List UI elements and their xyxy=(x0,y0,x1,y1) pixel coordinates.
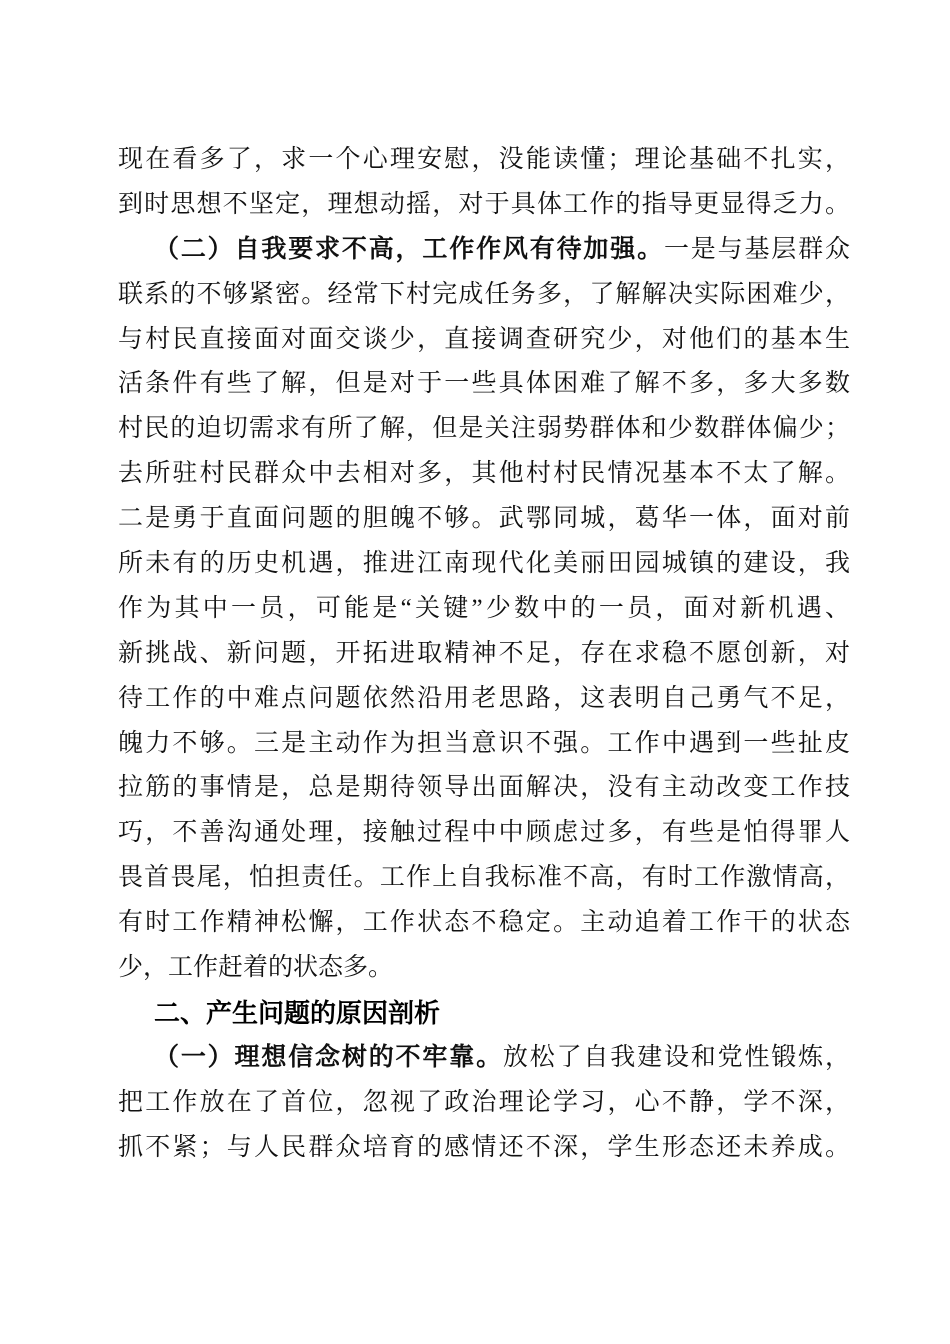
text-segment: 畏首畏尾，怕担责任。工作上自我标准不高，有时工作激情高， xyxy=(118,864,850,891)
text-line: 村民的迫切需求有所了解，但是关注弱势群体和少数群体偏少； xyxy=(118,407,850,452)
bold-lead-in-text: （二）自我要求不高，工作作风有待加强。 xyxy=(154,236,664,263)
text-segment: 二是勇于直面问题的胆魄不够。武鄂同城，葛华一体，面对前 xyxy=(118,505,850,532)
text-segment: 拉筋的事情是，总是期待领导出面解决，没有主动改变工作技 xyxy=(118,774,850,801)
text-segment: 活条件有些了解，但是对于一些具体困难了解不多，多大多数 xyxy=(118,370,850,397)
text-line: 去所驻村民群众中去相对多，其他村村民情况基本不太了解。 xyxy=(118,452,850,497)
text-line: 到时思想不坚定，理想动摇，对于具体工作的指导更显得乏力。 xyxy=(118,183,850,228)
text-line: 新挑战、新问题，开拓进取精神不足，存在求稳不愿创新，对 xyxy=(118,632,850,677)
text-segment: 到时思想不坚定，理想动摇，对于具体工作的指导更显得乏力。 xyxy=(118,191,850,218)
text-line: 把工作放在了首位，忽视了政治理论学习，心不静，学不深， xyxy=(118,1081,850,1126)
text-segment: 待工作的中难点问题依然沿用老思路，这表明自己勇气不足， xyxy=(118,685,850,712)
text-line: 联系的不够紧密。经常下村完成任务多，了解解决实际困难少， xyxy=(118,273,850,318)
text-line: 与村民直接面对面交谈少，直接调查研究少，对他们的基本生 xyxy=(118,318,850,363)
text-segment: 抓不紧；与人民群众培育的感情还不深，学生形态还未养成。 xyxy=(118,1134,850,1161)
text-line: 二是勇于直面问题的胆魄不够。武鄂同城，葛华一体，面对前 xyxy=(118,497,850,542)
text-line: 少，工作赶着的状态多。 xyxy=(118,946,850,991)
bold-lead-in-text: 二、产生问题的原因剖析 xyxy=(154,998,440,1028)
text-segment: 有时工作精神松懈，工作状态不稳定。主动追着工作干的状态 xyxy=(118,909,850,936)
text-line: 魄力不够。三是主动作为担当意识不强。工作中遇到一些扯皮 xyxy=(118,722,850,767)
text-segment: 村民的迫切需求有所了解，但是关注弱势群体和少数群体偏少； xyxy=(118,415,850,442)
text-segment: 把工作放在了首位，忽视了政治理论学习，心不静，学不深， xyxy=(118,1089,850,1116)
text-line: 拉筋的事情是，总是期待领导出面解决，没有主动改变工作技 xyxy=(118,766,850,811)
document-page: 现在看多了，求一个心理安慰，没能读懂；理论基础不扎实，到时思想不坚定，理想动摇，… xyxy=(0,0,950,1344)
text-segment: 去所驻村民群众中去相对多，其他村村民情况基本不太了解。 xyxy=(118,460,850,487)
text-segment: 少，工作赶着的状态多。 xyxy=(118,954,393,981)
text-line: （二）自我要求不高，工作作风有待加强。一是与基层群众 xyxy=(118,228,850,273)
text-segment: 魄力不够。三是主动作为担当意识不强。工作中遇到一些扯皮 xyxy=(118,730,850,757)
text-line: （一）理想信念树的不牢靠。放松了自我建设和党性锻炼， xyxy=(118,1036,850,1081)
document-text-block: 现在看多了，求一个心理安慰，没能读懂；理论基础不扎实，到时思想不坚定，理想动摇，… xyxy=(118,138,850,1170)
text-line: 现在看多了，求一个心理安慰，没能读懂；理论基础不扎实， xyxy=(118,138,850,183)
text-line: 作为其中一员，可能是“关键”少数中的一员，面对新机遇、 xyxy=(118,587,850,632)
text-line: 待工作的中难点问题依然沿用老思路，这表明自己勇气不足， xyxy=(118,677,850,722)
bold-lead-in-text: （一）理想信念树的不牢靠。 xyxy=(154,1044,503,1071)
text-segment: 放松了自我建设和党性锻炼， xyxy=(503,1044,850,1071)
text-line: 有时工作精神松懈，工作状态不稳定。主动追着工作干的状态 xyxy=(118,901,850,946)
text-segment: 作为其中一员，可能是“关键”少数中的一员，面对新机遇、 xyxy=(118,595,850,622)
text-segment: 一是与基层群众 xyxy=(664,236,850,263)
text-segment: 所未有的历史机遇，推进江南现代化美丽田园城镇的建设，我 xyxy=(118,550,850,577)
text-segment: 与村民直接面对面交谈少，直接调查研究少，对他们的基本生 xyxy=(118,326,850,353)
text-segment: 新挑战、新问题，开拓进取精神不足，存在求稳不愿创新，对 xyxy=(118,640,850,667)
text-line: 巧，不善沟通处理，接触过程中中顾虑过多，有些是怕得罪人 xyxy=(118,811,850,856)
text-line: 所未有的历史机遇，推进江南现代化美丽田园城镇的建设，我 xyxy=(118,542,850,587)
section-heading: 二、产生问题的原因剖析 xyxy=(118,991,850,1036)
text-segment: 巧，不善沟通处理，接触过程中中顾虑过多，有些是怕得罪人 xyxy=(118,819,850,846)
text-line: 活条件有些了解，但是对于一些具体困难了解不多，多大多数 xyxy=(118,362,850,407)
text-line: 抓不紧；与人民群众培育的感情还不深，学生形态还未养成。 xyxy=(118,1126,850,1171)
text-segment: 联系的不够紧密。经常下村完成任务多，了解解决实际困难少， xyxy=(118,281,850,308)
text-segment: 现在看多了，求一个心理安慰，没能读懂；理论基础不扎实， xyxy=(118,146,850,173)
text-line: 畏首畏尾，怕担责任。工作上自我标准不高，有时工作激情高， xyxy=(118,856,850,901)
